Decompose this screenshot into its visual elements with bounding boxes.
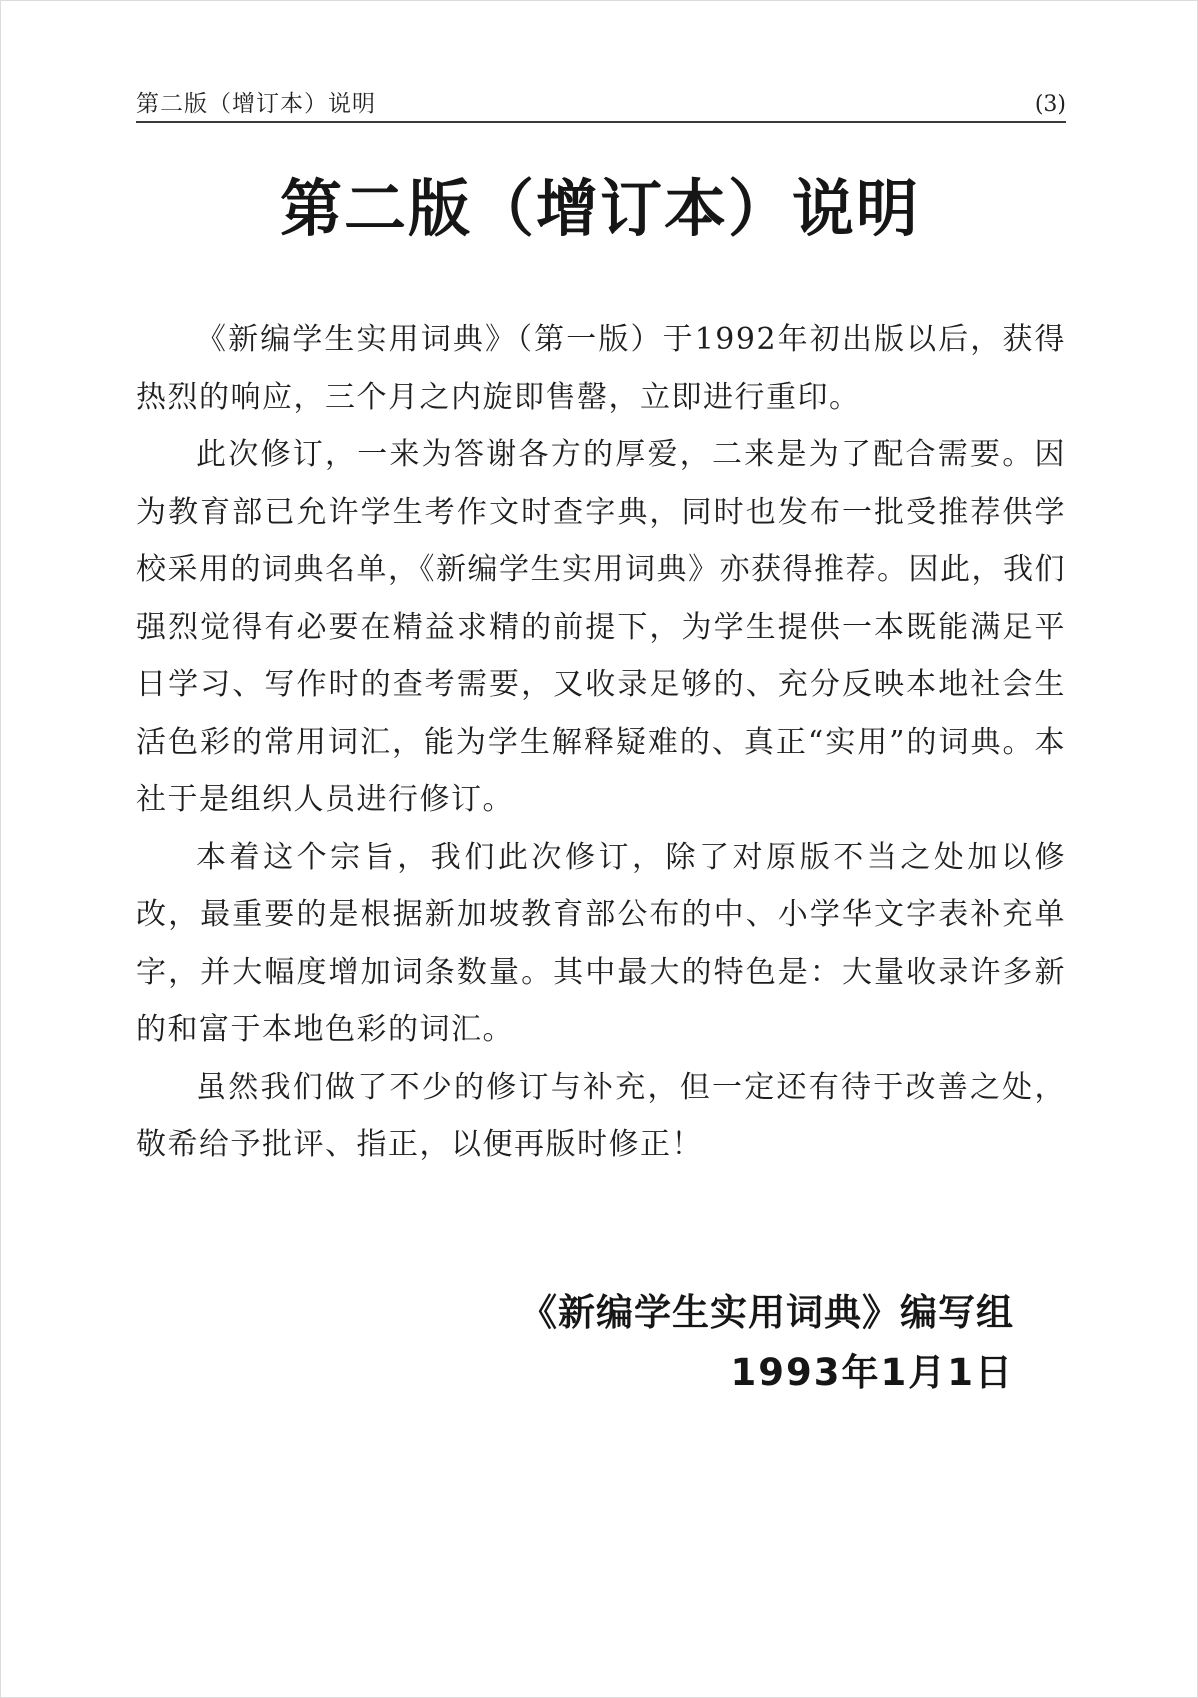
running-header: 第二版（增订本）说明 (3) — [136, 85, 1066, 118]
signature-block: 《新编学生实用词典》编写组 1993年1月1日 — [520, 1283, 1014, 1403]
page-number: (3) — [1035, 92, 1066, 117]
document-page: 第二版（增订本）说明 (3) 第二版（增订本）说明 《新编学生实用词典》（第一版… — [0, 0, 1198, 1698]
paragraph-3: 本着这个宗旨，我们此次修订，除了对原版不当之处加以修改，最重要的是根据新加坡教育… — [136, 829, 1066, 1059]
header-rule — [136, 121, 1066, 123]
paragraph-2: 此次修订，一来为答谢各方的厚爱，二来是为了配合需要。因为教育部已允许学生考作文时… — [136, 426, 1066, 829]
signature-group: 《新编学生实用词典》编写组 — [520, 1283, 1014, 1343]
paragraph-1: 《新编学生实用词典》（第一版）于1992年初出版以后，获得热烈的响应，三个月之内… — [136, 311, 1066, 426]
paragraph-4: 虽然我们做了不少的修订与补充，但一定还有待于改善之处，敬希给予批评、指正，以便再… — [136, 1059, 1066, 1174]
signature-date: 1993年1月1日 — [520, 1343, 1014, 1403]
document-body: 《新编学生实用词典》（第一版）于1992年初出版以后，获得热烈的响应，三个月之内… — [136, 311, 1066, 1174]
page-title: 第二版（增订本）说明 — [1, 159, 1198, 248]
running-title: 第二版（增订本）说明 — [136, 85, 376, 118]
